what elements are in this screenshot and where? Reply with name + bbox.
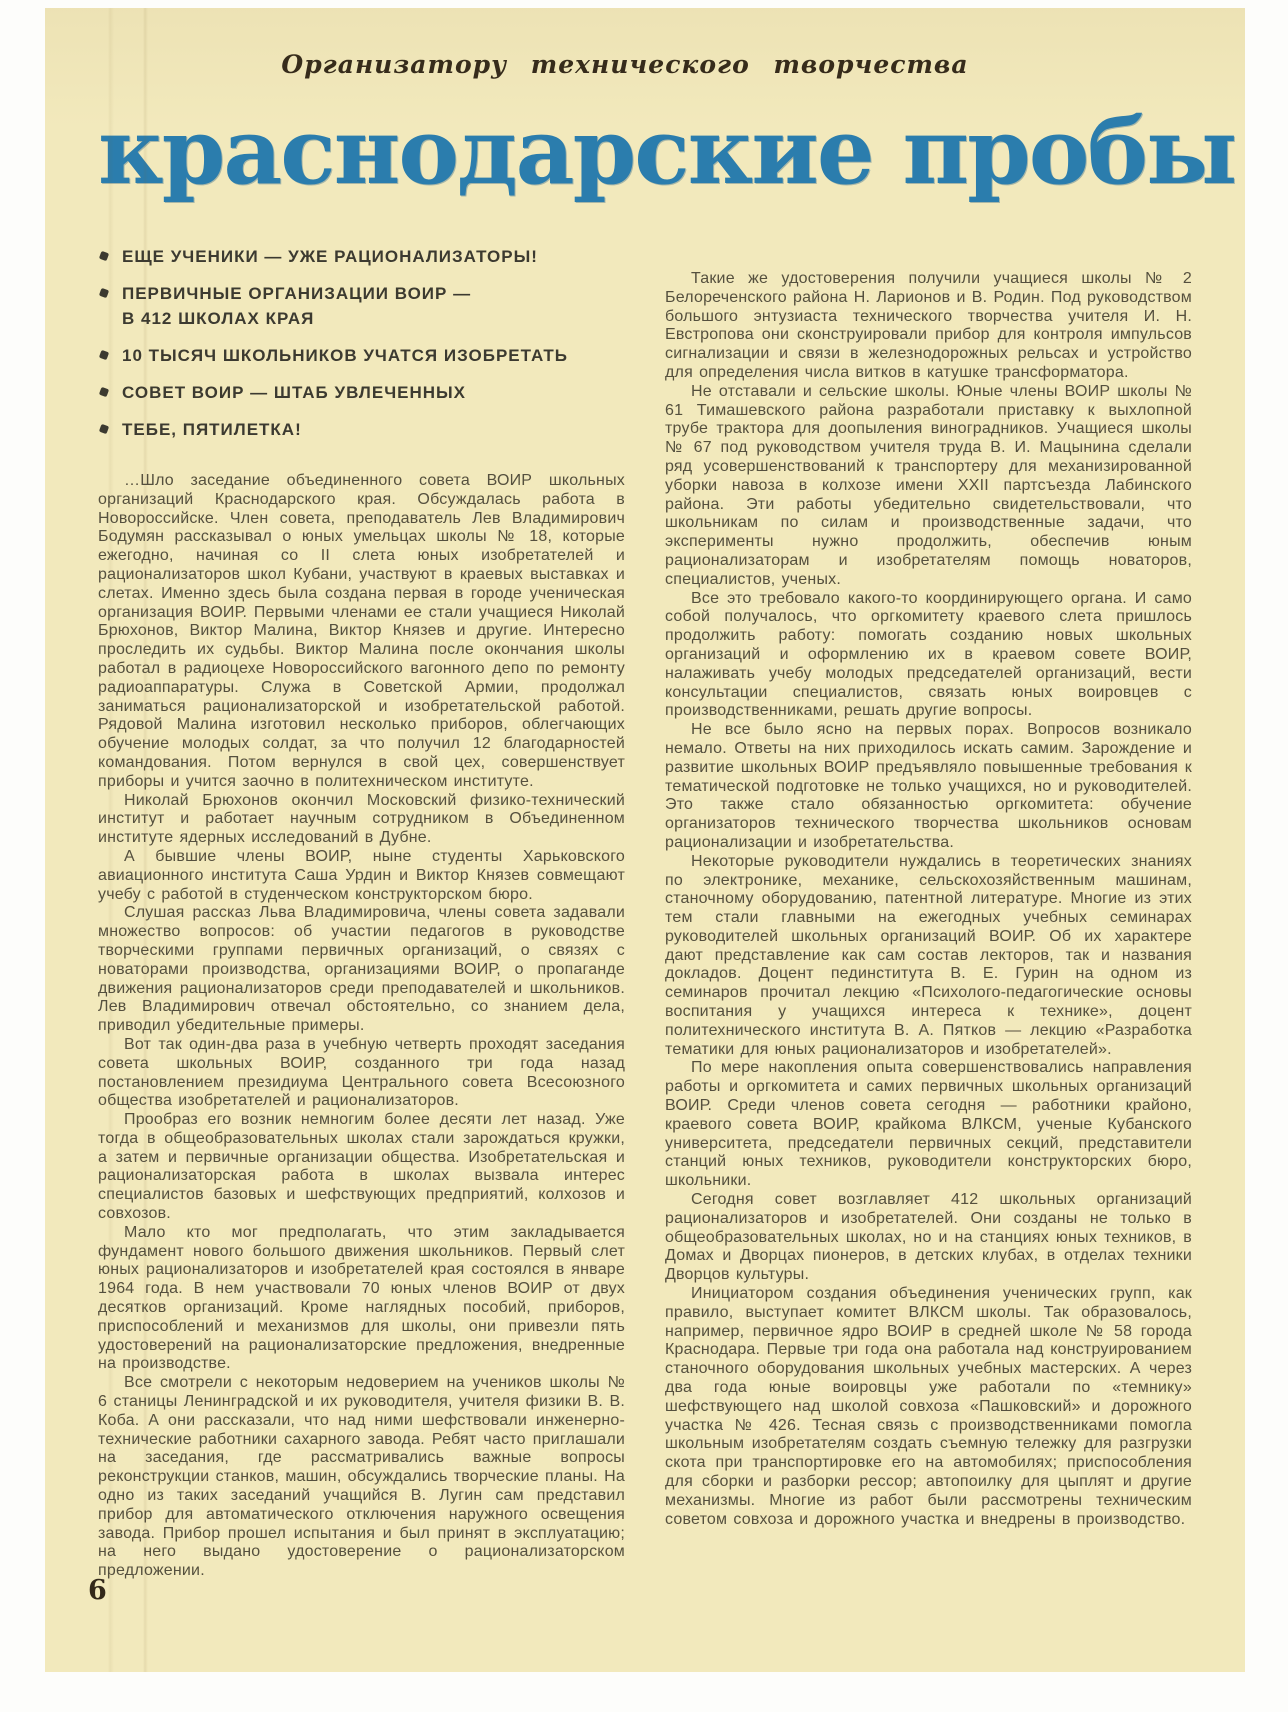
- paragraph: …Шло заседание объединенного совета ВОИР…: [98, 472, 625, 792]
- left-column: ЕЩЕ УЧЕНИКИ — УЖЕ РАЦИОНАЛИЗАТОРЫ! ПЕРВИ…: [98, 244, 625, 1581]
- section-kicker: Организатору технического творчества: [98, 50, 1152, 79]
- bullet-icon: [99, 350, 109, 360]
- highlight-item: ТЕБЕ, ПЯТИЛЕТКА!: [100, 417, 625, 442]
- paper-sheet: Организатору технического творчества кра…: [45, 8, 1245, 1672]
- paragraph: Слушая рассказ Льва Владимировича, члены…: [98, 904, 625, 1036]
- right-column-text: Такие же удостоверения получили учащиеся…: [665, 270, 1192, 1529]
- article-columns: ЕЩЕ УЧЕНИКИ — УЖЕ РАЦИОНАЛИЗАТОРЫ! ПЕРВИ…: [98, 244, 1192, 1581]
- bullet-icon: [99, 424, 109, 434]
- paragraph: Николай Брюхонов окончил Московский физи…: [98, 792, 625, 848]
- paragraph: Вот так один-два раза в учебную четверть…: [98, 1036, 625, 1111]
- paragraph: Все это требовало какого-то координирующ…: [665, 590, 1192, 722]
- highlight-label: СОВЕТ ВОИР — ШТАБ УВЛЕЧЕННЫХ: [122, 380, 466, 405]
- bullet-icon: [99, 387, 109, 397]
- paragraph: Мало кто мог предполагать, что этим закл…: [98, 1224, 625, 1374]
- highlight-list: ЕЩЕ УЧЕНИКИ — УЖЕ РАЦИОНАЛИЗАТОРЫ! ПЕРВИ…: [98, 244, 625, 442]
- magazine-page-scan: Организатору технического творчества кра…: [0, 0, 1288, 1712]
- paragraph: Не все было ясно на первых порах. Вопрос…: [665, 721, 1192, 853]
- right-column: Такие же удостоверения получили учащиеся…: [665, 244, 1192, 1581]
- left-column-text: …Шло заседание объединенного совета ВОИР…: [98, 472, 625, 1581]
- highlight-label: ПЕРВИЧНЫЕ ОРГАНИЗАЦИИ ВОИР — В 412 ШКОЛА…: [122, 281, 471, 331]
- page-number: 6: [88, 1575, 107, 1606]
- highlight-label: 10 ТЫСЯЧ ШКОЛЬНИКОВ УЧАТСЯ ИЗОБРЕТАТЬ: [122, 343, 568, 368]
- bullet-icon: [99, 251, 109, 261]
- highlight-item: СОВЕТ ВОИР — ШТАБ УВЛЕЧЕННЫХ: [100, 380, 625, 405]
- highlight-item: ПЕРВИЧНЫЕ ОРГАНИЗАЦИИ ВОИР — В 412 ШКОЛА…: [100, 281, 625, 331]
- paragraph: Все смотрели с некоторым недоверием на у…: [98, 1374, 625, 1581]
- paragraph: Не отставали и сельские школы. Юные член…: [665, 383, 1192, 590]
- paragraph: А бывшие члены ВОИР, ныне студенты Харьк…: [98, 848, 625, 904]
- page-title: краснодарские пробы: [98, 107, 1192, 198]
- bullet-icon: [99, 288, 109, 298]
- highlight-item: 10 ТЫСЯЧ ШКОЛЬНИКОВ УЧАТСЯ ИЗОБРЕТАТЬ: [100, 343, 625, 368]
- paragraph: Инициатором создания объединения учениче…: [665, 1285, 1192, 1529]
- highlight-label: ТЕБЕ, ПЯТИЛЕТКА!: [122, 417, 302, 442]
- highlight-item: ЕЩЕ УЧЕНИКИ — УЖЕ РАЦИОНАЛИЗАТОРЫ!: [100, 244, 625, 269]
- highlight-label: ЕЩЕ УЧЕНИКИ — УЖЕ РАЦИОНАЛИЗАТОРЫ!: [122, 244, 538, 269]
- paragraph: По мере накопления опыта совершенствовал…: [665, 1059, 1192, 1191]
- paragraph: Такие же удостоверения получили учащиеся…: [665, 270, 1192, 383]
- paragraph: Сегодня совет возглавляет 412 школьных о…: [665, 1191, 1192, 1285]
- paragraph: Прообраз его возник немногим более десят…: [98, 1111, 625, 1224]
- paragraph: Некоторые руководители нуждались в теоре…: [665, 853, 1192, 1060]
